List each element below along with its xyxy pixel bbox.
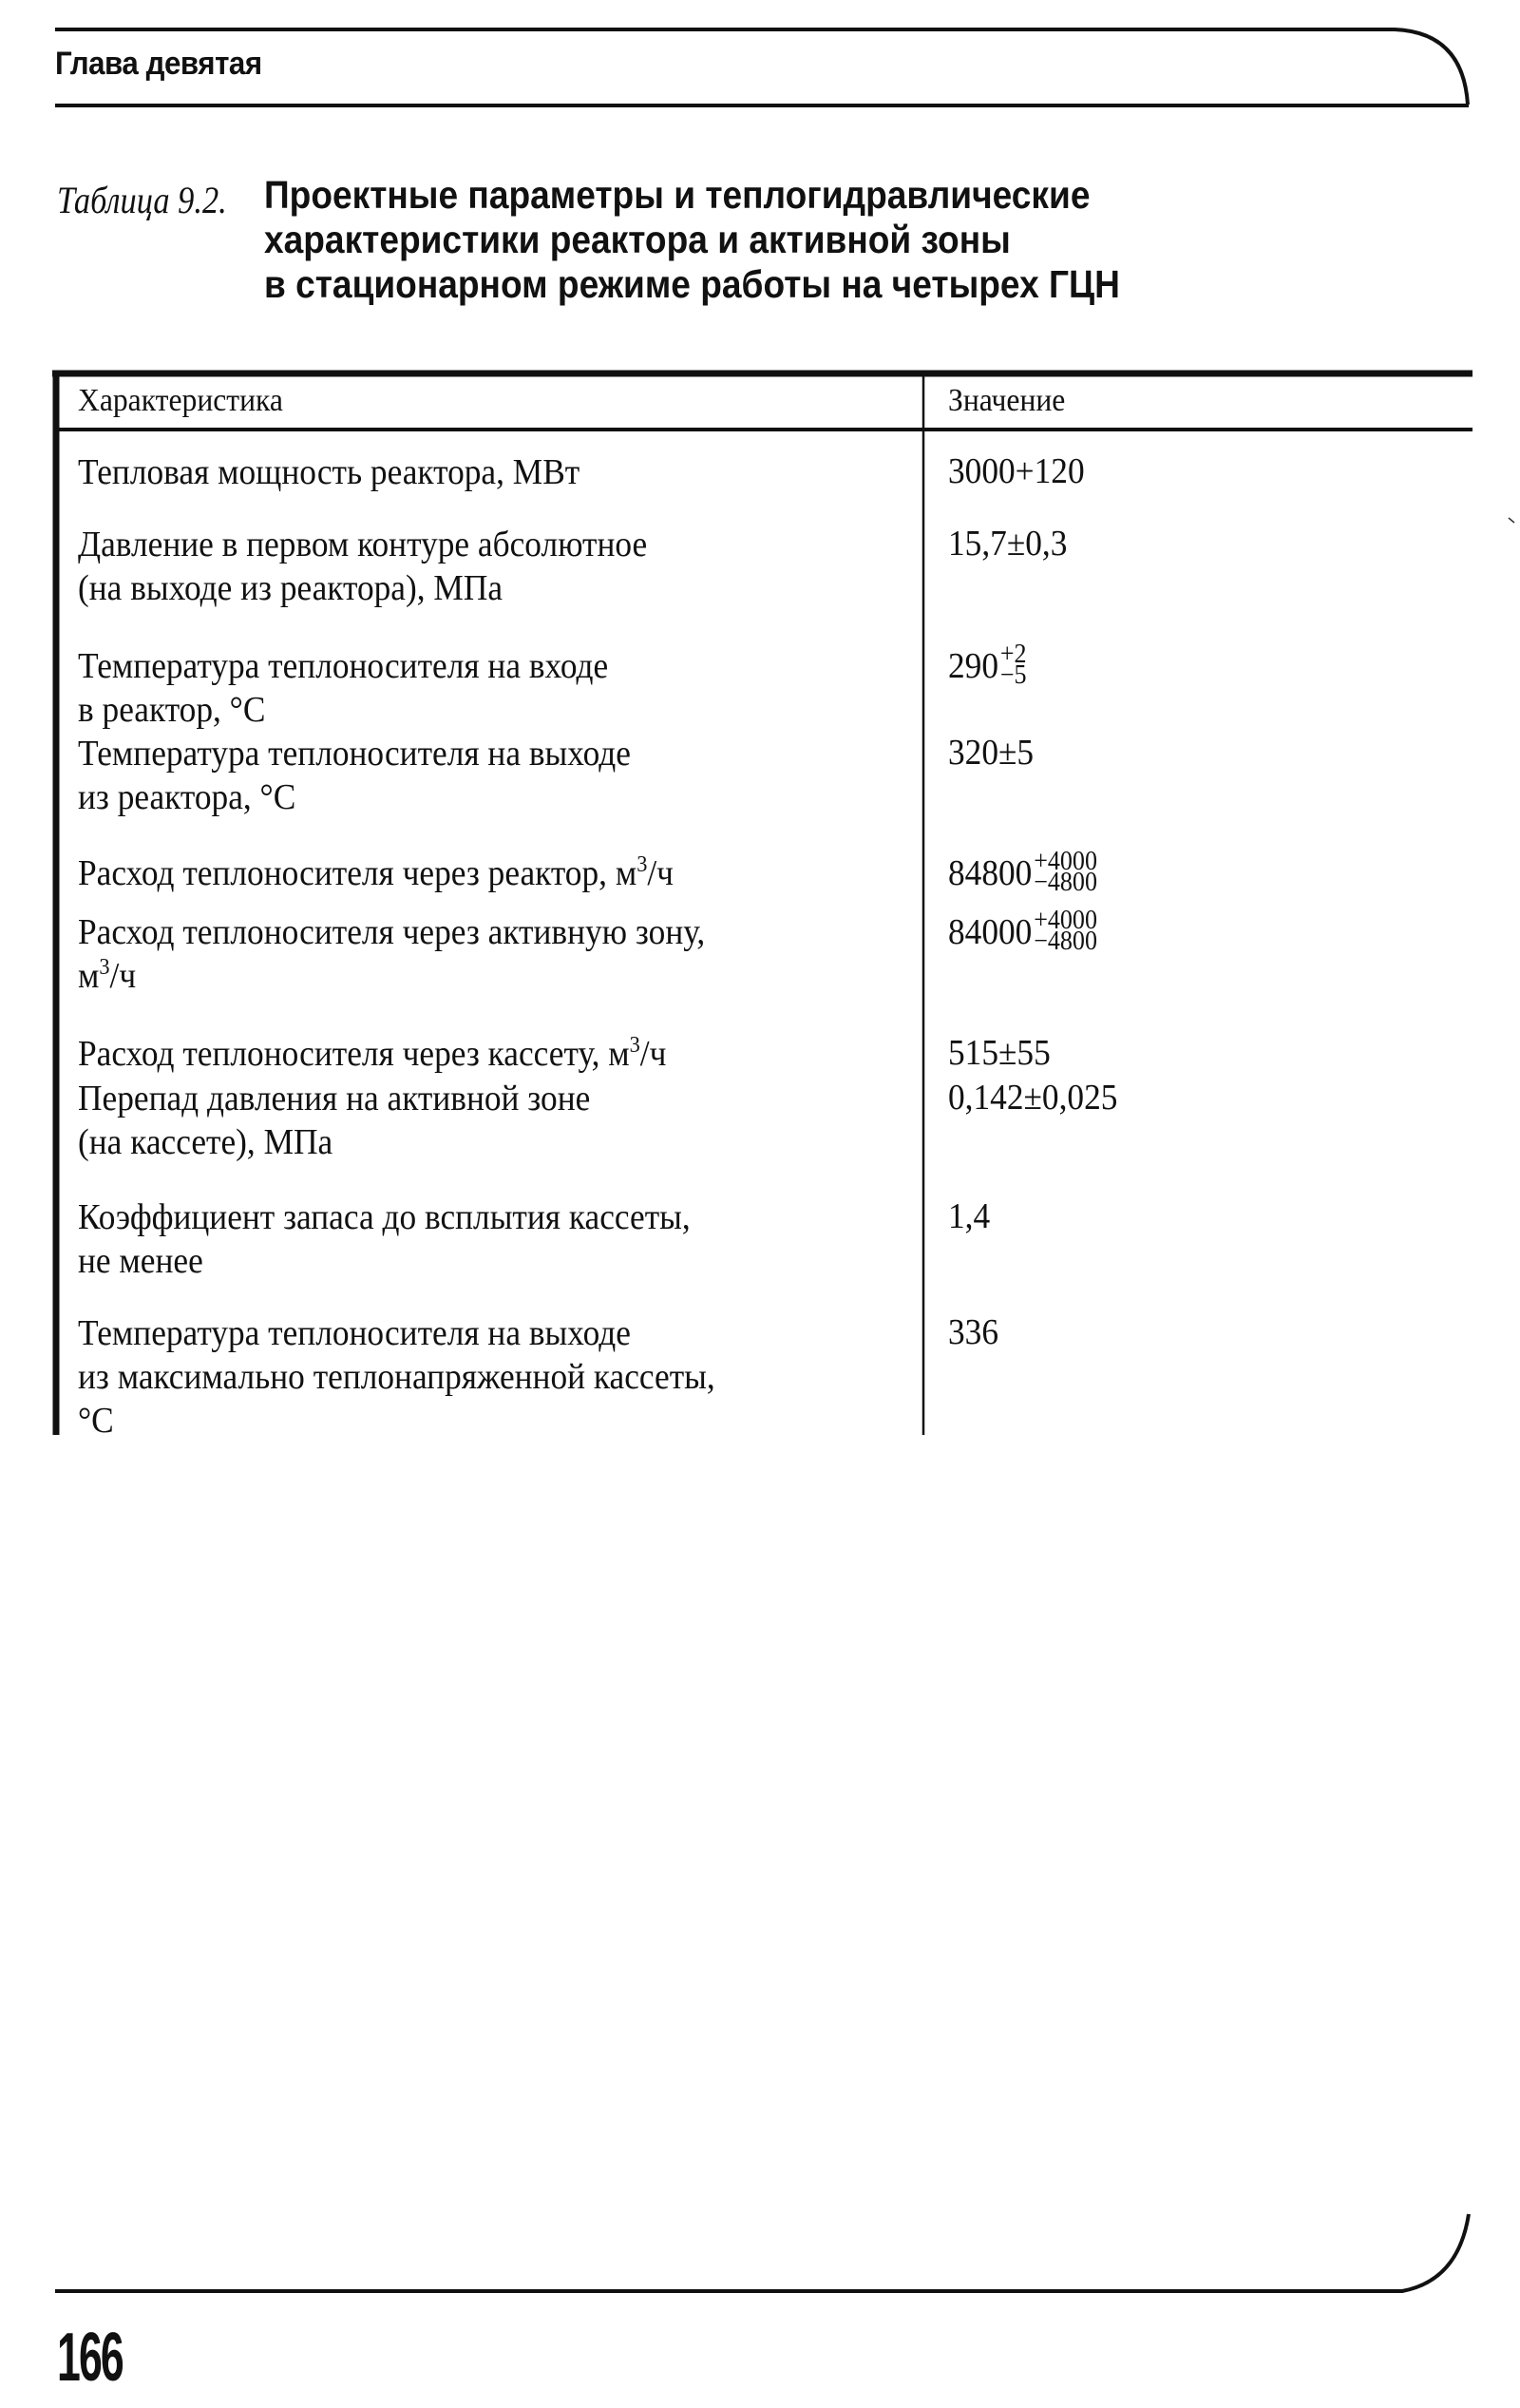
table-row-value: 84800+4000−4800 bbox=[948, 851, 1097, 894]
column-header-value: Значение bbox=[948, 383, 1065, 419]
table-row-value: 3000+120 bbox=[948, 450, 1085, 492]
column-header-characteristic: Характеристика bbox=[78, 383, 283, 419]
table-row-characteristic: Перепад давления на активной зоне (на ка… bbox=[78, 1077, 590, 1164]
table-row-characteristic: Давление в первом контуре абсолютное (на… bbox=[78, 523, 647, 610]
table-row-characteristic: Расход теплоносителя через реактор, м3/ч bbox=[78, 851, 674, 895]
table-caption-title: Проектные параметры и теплогидравлически… bbox=[264, 173, 1120, 307]
tolerance: +4000−4800 bbox=[1034, 910, 1097, 952]
tolerance: +4000−4800 bbox=[1034, 851, 1097, 893]
caption-title-line: характеристики реактора и активной зоны bbox=[264, 218, 1120, 262]
running-header-chapter: Глава девятая bbox=[55, 46, 262, 83]
tolerance: +2−5 bbox=[1000, 644, 1027, 686]
table-row-value: 1,4 bbox=[948, 1195, 990, 1237]
table-row-characteristic: Расход теплоносителя через активную зону… bbox=[78, 910, 705, 998]
table-row-characteristic: Тепловая мощность реактора, МВт bbox=[78, 450, 579, 494]
table-row-value: 15,7±0,3 bbox=[948, 523, 1067, 564]
table-row-value: 515±55 bbox=[948, 1032, 1051, 1074]
table-row-characteristic: Температура теплоносителя на выходе из р… bbox=[78, 732, 631, 819]
page-number: 166 bbox=[57, 2319, 123, 2397]
table-row-value: 320±5 bbox=[948, 732, 1034, 774]
table-row-value: 0,142±0,025 bbox=[948, 1077, 1117, 1118]
caption-title-line: в стационарном режиме работы на четырех … bbox=[264, 262, 1120, 307]
table-row-value: 84000+4000−4800 bbox=[948, 910, 1097, 953]
table-row-characteristic: Температура теплоносителя на выходе из м… bbox=[78, 1311, 715, 1443]
table-caption-label: Таблица 9.2. bbox=[57, 178, 227, 222]
table-row-value: 336 bbox=[948, 1311, 998, 1353]
table-row-value: 290+2−5 bbox=[948, 644, 1027, 687]
table-row-characteristic: Температура теплоносителя на входе в реа… bbox=[78, 644, 608, 732]
table-row-characteristic: Коэффициент запаса до всплытия кассеты, … bbox=[78, 1195, 691, 1283]
table-row-characteristic: Расход теплоносителя через кассету, м3/ч bbox=[78, 1032, 666, 1076]
caption-title-line: Проектные параметры и теплогидравлически… bbox=[264, 173, 1120, 218]
